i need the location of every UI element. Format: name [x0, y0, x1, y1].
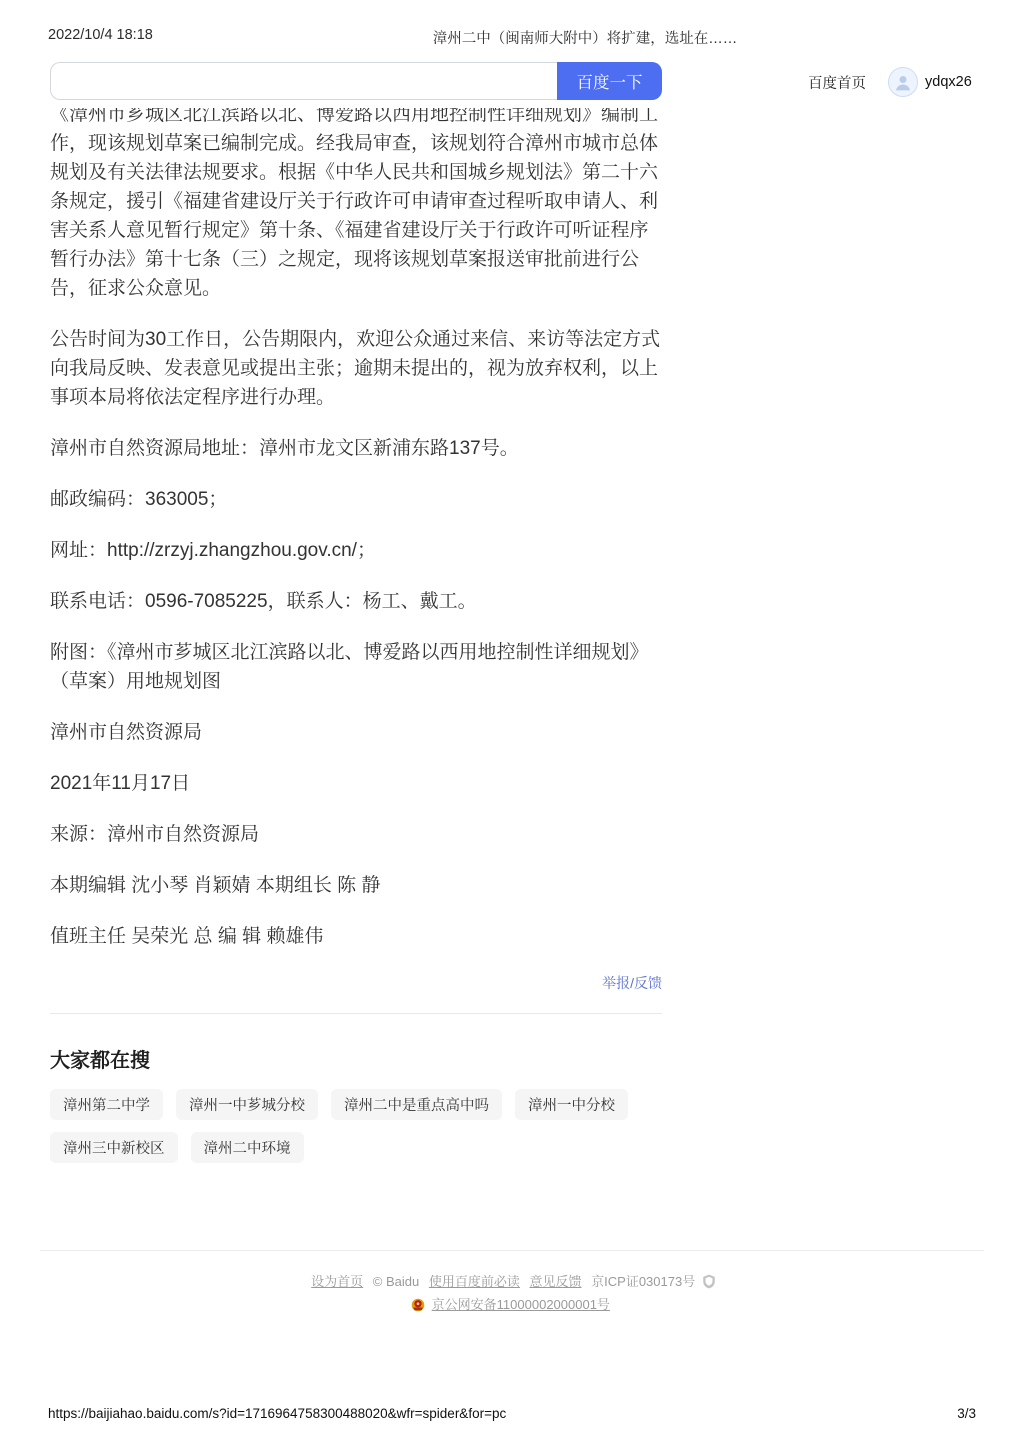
related-search-tag[interactable]: 漳州一中分校 — [515, 1089, 628, 1120]
beian-link[interactable]: 京公网安备11000002000001号 — [432, 1297, 610, 1312]
related-searches-heading: 大家都在搜 — [50, 1044, 662, 1073]
related-search-tag[interactable]: 漳州第二中学 — [50, 1089, 163, 1120]
article-paragraph: 邮政编码：363005； — [50, 485, 662, 514]
article-paragraph: 漳州市自然资源局地址：漳州市龙文区新浦东路137号。 — [50, 434, 662, 463]
related-search-tag[interactable]: 漳州一中芗城分校 — [176, 1089, 318, 1120]
article-paragraph: 来源：漳州市自然资源局 — [50, 820, 662, 849]
baidu-home-link[interactable]: 百度首页 — [808, 72, 866, 93]
related-search-tag[interactable]: 漳州二中是重点高中吗 — [331, 1089, 502, 1120]
content-divider — [50, 1013, 662, 1014]
article-paragraph: 本期编辑 沈小琴 肖颖婧 本期组长 陈 静 — [50, 871, 662, 900]
related-search-tag[interactable]: 漳州三中新校区 — [50, 1132, 178, 1163]
username-label: ydqx26 — [925, 74, 972, 90]
source-url: https://baijiahao.baidu.com/s?id=1716964… — [48, 1406, 506, 1421]
copyright-label: © Baidu — [373, 1274, 419, 1289]
user-avatar[interactable] — [888, 67, 918, 97]
icp-label: 京ICP证030173号 — [591, 1274, 695, 1289]
article-body: 《漳州市芗城区北江滨路以北、博爱路以西用地控制性详细规划》编制工作，现该规划草案… — [50, 100, 662, 1163]
article-paragraph: 公告时间为30工作日，公告期限内，欢迎公众通过来信、来访等法定方式向我局反映、发… — [50, 325, 662, 412]
site-footer-line1: 设为首页 © Baidu 使用百度前必读 意见反馈 京ICP证030173号 — [0, 1271, 1024, 1290]
article-paragraph: 网址：http://zrzyj.zhangzhou.gov.cn/； — [50, 536, 662, 565]
report-feedback-link[interactable]: 举报/反馈 — [602, 975, 662, 991]
person-icon — [893, 72, 913, 92]
article-paragraph: 漳州市自然资源局 — [50, 718, 662, 747]
related-search-tag[interactable]: 漳州二中环境 — [191, 1132, 304, 1163]
article-paragraph: 附图：《漳州市芗城区北江滨路以北、博爱路以西用地控制性详细规划》（草案）用地规划… — [50, 638, 662, 696]
related-searches-tags: 漳州第二中学 漳州一中芗城分校 漳州二中是重点高中吗 漳州一中分校 漳州三中新校… — [50, 1089, 662, 1163]
print-datetime: 2022/10/4 18:18 — [48, 27, 153, 43]
must-read-link[interactable]: 使用百度前必读 — [429, 1274, 520, 1289]
baidu-search-button[interactable]: 百度一下 — [557, 62, 662, 100]
article-paragraph: 《漳州市芗城区北江滨路以北、博爱路以西用地控制性详细规划》编制工作，现该规划草案… — [50, 100, 662, 303]
article-paragraph: 联系电话：0596-7085225，联系人：杨工、戴工。 — [50, 587, 662, 616]
article-paragraph: 值班主任 吴荣光 总 编 辑 赖雄伟 — [50, 922, 662, 951]
search-input[interactable] — [50, 62, 557, 100]
footer-divider — [40, 1250, 984, 1251]
site-footer-line2: 京公网安备11000002000001号 — [0, 1294, 1024, 1313]
police-badge-icon — [411, 1298, 425, 1312]
report-row: 举报/反馈 — [50, 973, 662, 993]
page-number: 3/3 — [957, 1406, 976, 1421]
article-paragraph: 2021年11月17日 — [50, 769, 662, 798]
feedback-link[interactable]: 意见反馈 — [530, 1274, 582, 1289]
set-home-link[interactable]: 设为首页 — [311, 1274, 363, 1289]
search-bar: 百度一下 — [50, 62, 662, 100]
print-doc-title: 漳州二中（闽南师大附中）将扩建，选址在…… — [433, 27, 738, 48]
account-area: 百度首页 ydqx26 — [808, 66, 972, 98]
shield-icon — [702, 1274, 716, 1289]
